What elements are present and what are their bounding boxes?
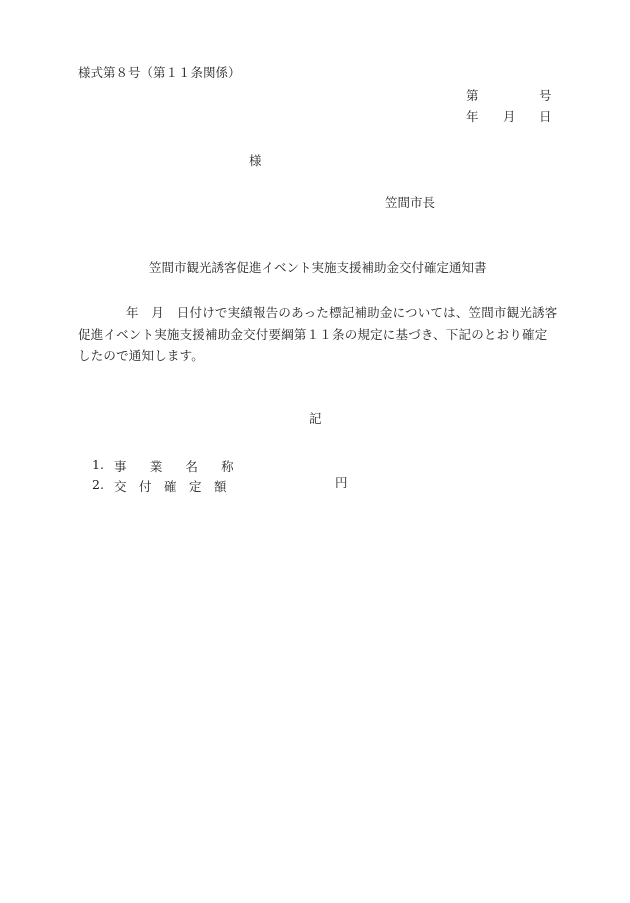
date-day: 日 [539, 111, 552, 124]
item-number: 1. [92, 457, 114, 475]
form-label: 様式第８号（第１１条関係） [78, 67, 241, 80]
item-project-name: 1. 事 業 名 称 [92, 457, 233, 475]
date-month: 月 [503, 111, 516, 124]
item-label: 交 付 確 定 額 [114, 477, 227, 495]
item-label: 事 業 名 称 [114, 457, 233, 475]
body-paragraph: 年 月 日付けで実績報告のあった標記補助金については、笠間市観光誘客促進イベント… [78, 302, 558, 367]
doc-number-prefix: 第 [466, 90, 479, 103]
sender-name: 笠間市長 [385, 197, 435, 210]
ki-heading: 記 [309, 413, 322, 426]
date-year: 年 [466, 111, 479, 124]
recipient-suffix: 様 [249, 155, 262, 168]
document-title: 笠間市観光誘客促進イベント実施支援補助金交付確定通知書 [149, 262, 487, 275]
item-number: 2. [92, 477, 114, 495]
amount-unit: 円 [335, 477, 348, 490]
item-confirmed-amount: 2. 交 付 確 定 額 [92, 477, 227, 495]
doc-number-suffix: 号 [539, 90, 552, 103]
